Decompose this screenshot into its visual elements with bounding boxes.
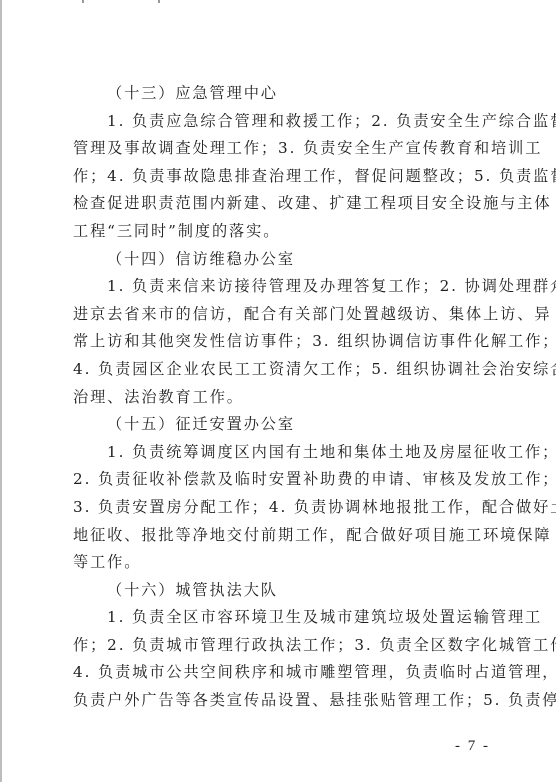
paragraph-line: 作；4. 负责事故隐患排查治理工作，督促问题整改；5. 负责监督 — [73, 163, 493, 191]
paragraph-line: 1. 负责统筹调度区内国有土地和集体土地及房屋征收工作； — [73, 439, 493, 467]
section-heading: （十六）城管执法大队 — [73, 577, 493, 605]
document-page: （十三）应急管理中心 1. 负责应急综合管理和救援工作；2. 负责安全生产综合监… — [73, 80, 493, 715]
section-heading: （十四）信访维稳办公室 — [73, 246, 493, 274]
paragraph-line: 负责户外广告等各类宣传品设置、悬挂张贴管理工作；5. 负责停 — [73, 687, 493, 715]
paragraph-line: 1. 负责应急综合管理和救援工作；2. 负责安全生产综合监督 — [73, 108, 493, 136]
paragraph-line: 治理、法治教育工作。 — [73, 384, 493, 412]
paragraph-line: 作；2. 负责城市管理行政执法工作；3. 负责全区数字化城管工作； — [73, 632, 493, 660]
section-heading: （十三）应急管理中心 — [73, 80, 493, 108]
paragraph-line: 4. 负责园区企业农民工工资清欠工作；5. 组织协调社会治安综合 — [73, 356, 493, 384]
paragraph-line: 进京去省来市的信访，配合有关部门处置越级访、集体上访、异 — [73, 301, 493, 329]
paragraph-line: 地征收、报批等净地交付前期工作，配合做好项目施工环境保障 — [73, 522, 493, 550]
paragraph-line: 1. 负责来信来访接待管理及办理答复工作；2. 协调处理群众 — [73, 273, 493, 301]
page-edge — [0, 0, 2, 782]
paragraph-line: 1. 负责全区市容环境卫生及城市建筑垃圾处置运输管理工 — [73, 604, 493, 632]
paragraph-line: 管理及事故调查处理工作；3. 负责安全生产宣传教育和培训工 — [73, 135, 493, 163]
paragraph-line: 3. 负责安置房分配工作；4. 负责协调林地报批工作，配合做好土 — [73, 494, 493, 522]
paragraph-line: 工程“三同时”制度的落实。 — [73, 218, 493, 246]
paragraph-line: 4. 负责城市公共空间秩序和城市雕塑管理，负责临时占道管理， — [73, 659, 493, 687]
paragraph-line: 常上访和其他突发性信访事件；3. 组织协调信访事件化解工作； — [73, 328, 493, 356]
section-heading: （十五）征迁安置办公室 — [73, 411, 493, 439]
paragraph-line: 2. 负责征收补偿款及临时安置补助费的申请、审核及发放工作； — [73, 466, 493, 494]
page-number: - 7 - — [455, 738, 490, 755]
previous-page-remnant — [80, 0, 160, 3]
paragraph-line: 检查促进职责范围内新建、改建、扩建工程项目安全设施与主体 — [73, 190, 493, 218]
paragraph-line: 等工作。 — [73, 549, 493, 577]
